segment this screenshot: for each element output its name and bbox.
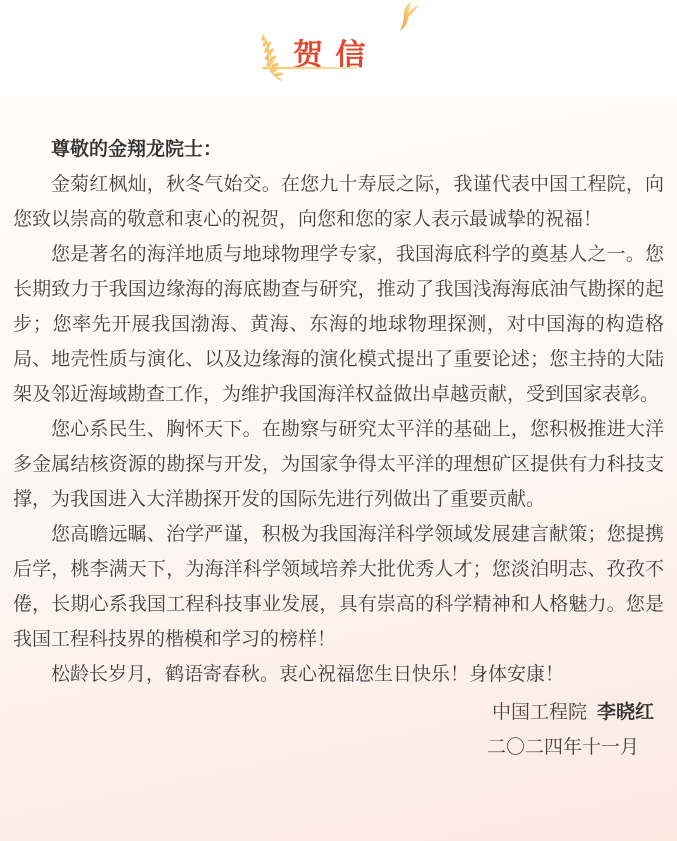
letter-header: 贺 信 [0,0,677,97]
letter-paragraph: 您是著名的海洋地质与地球物理学专家，我国海底科学的奠基人之一。您长期致力于我国边… [13,237,664,412]
signature-line: 中国工程院李晓红 [13,695,664,730]
salutation: 尊敬的金翔龙院士： [13,132,664,167]
letter-paragraph: 松龄长岁月，鹤语寄春秋。衷心祝福您生日快乐！身体安康！ [13,657,664,692]
dove-icon [391,1,423,33]
letter-paragraph: 您心系民生、胸怀天下。在勘察与研究太平洋的基础上，您积极推进大洋多金属结核资源的… [13,412,664,517]
letter-paragraph: 您高瞻远瞩、治学严谨，积极为我国海洋科学领域发展建言献策；您提携后学，桃李满天下… [13,517,664,657]
letter-paragraph: 金菊红枫灿，秋冬气始交。在您九十寿辰之际，我谨代表中国工程院，向您致以崇高的敬意… [13,167,664,237]
letter-body: 尊敬的金翔龙院士： 金菊红枫灿，秋冬气始交。在您九十寿辰之际，我谨代表中国工程院… [0,97,677,841]
signature-name: 李晓红 [597,702,654,723]
signature-org: 中国工程院 [492,702,587,723]
title-underline [262,67,357,69]
wheat-ear-icon [248,34,284,82]
letter-date: 二〇二四年十一月 [13,730,664,765]
letter-page: 贺 信 尊敬的金翔龙院士： 金菊红枫灿，秋冬气始交。在您九十寿辰之际，我谨代表中… [0,0,677,841]
